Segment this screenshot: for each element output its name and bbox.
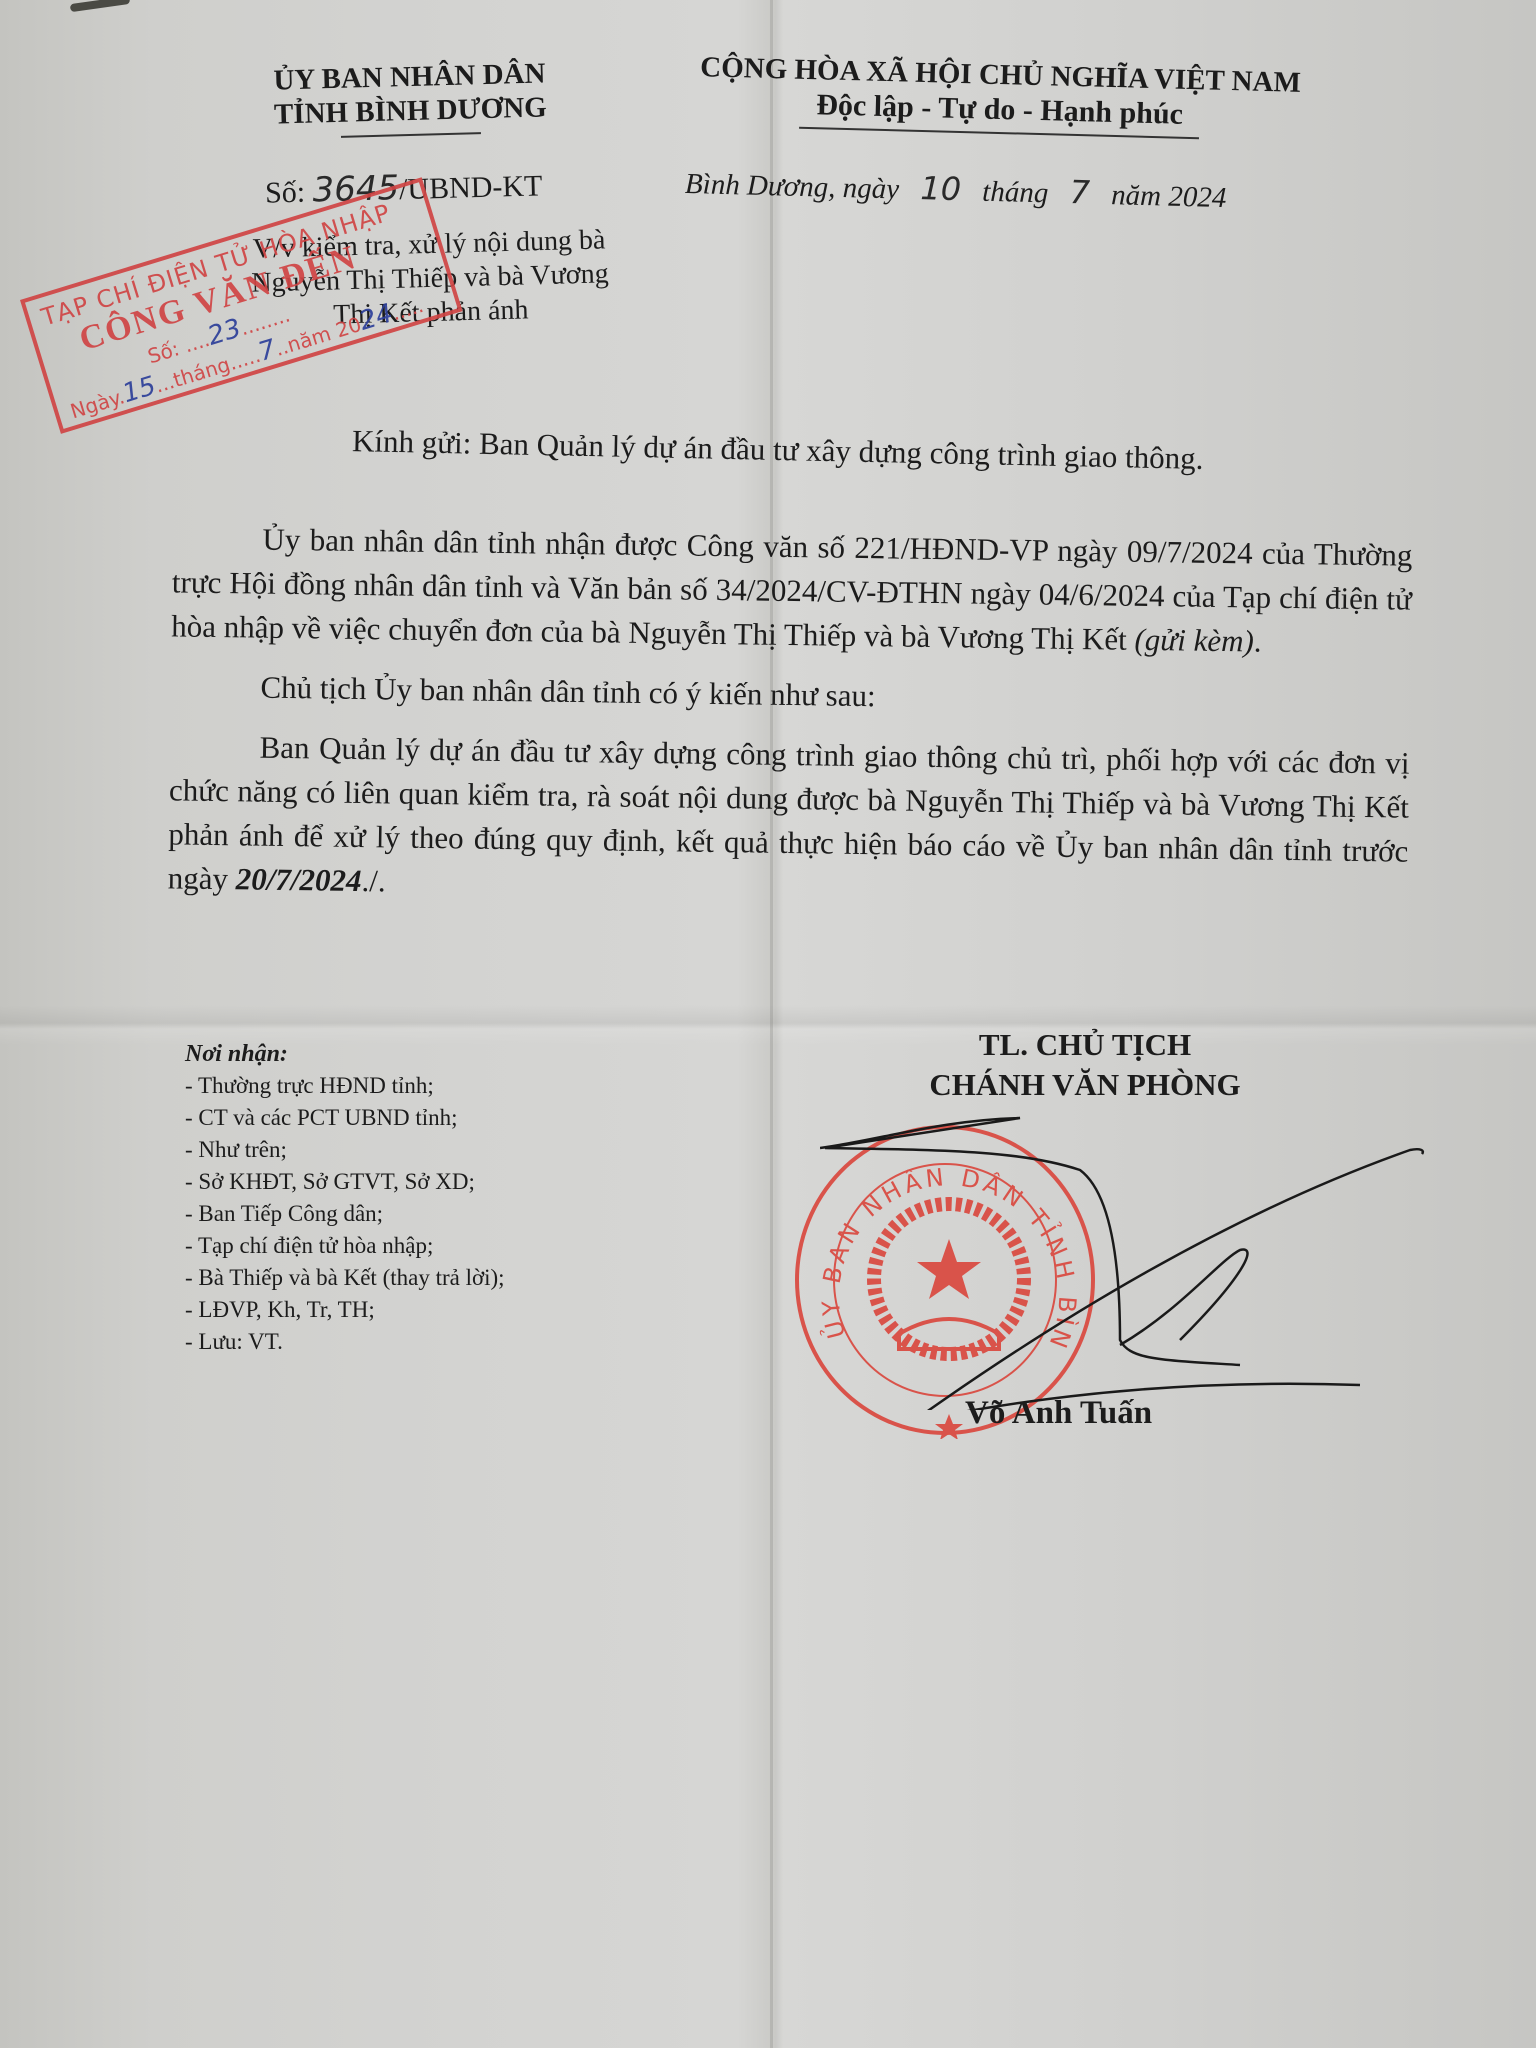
signature-block: TL. CHỦ TỊCH CHÁNH VĂN PHÒNG: [860, 1025, 1310, 1105]
issuing-organization: ỦY BAN NHÂN DÂN TỈNH BÌNH DƯƠNG: [214, 55, 606, 141]
month-handwritten: 7: [1069, 173, 1090, 212]
place-date-prefix: Bình Dương, ngày: [685, 168, 900, 206]
handwritten-signature: [820, 1110, 1440, 1410]
cc-item: - Bà Thiếp và bà Kết (thay trả lời);: [185, 1262, 505, 1294]
deadline-date: 20/7/2024: [236, 861, 362, 898]
recipient-line: Kính gửi: Ban Quản lý dự án đầu tư xây d…: [352, 423, 1204, 477]
letter-body: Ủy ban nhân dân tỉnh nhận được Công văn …: [167, 516, 1412, 933]
sign-authority: TL. CHỦ TỊCH: [860, 1025, 1310, 1065]
stamp-ngay-label: Ngày: [67, 386, 121, 423]
day-handwritten: 10: [920, 169, 962, 208]
month-label: tháng: [982, 176, 1049, 210]
cc-item: - Sở KHĐT, Sở GTVT, Sở XD;: [185, 1166, 505, 1198]
para3-end: ./.: [361, 863, 386, 898]
para1-end: .: [1254, 623, 1262, 658]
year-text: năm 2024: [1111, 179, 1227, 214]
body-paragraph-1: Ủy ban nhân dân tỉnh nhận được Công văn …: [171, 516, 1413, 665]
signer-name: Võ Anh Tuấn: [965, 1395, 1152, 1432]
stamp-thang-value: 7: [255, 334, 280, 368]
place-and-date: Bình Dương, ngày 10 tháng 7 năm 2024: [685, 163, 1227, 215]
cc-item: - Thường trực HĐND tỉnh;: [185, 1070, 505, 1102]
org-underline: [341, 132, 481, 138]
national-heading: CỘNG HÒA XÃ HỘI CHỦ NGHĨA VIỆT NAM Độc l…: [649, 49, 1351, 143]
cc-item: - Như trên;: [185, 1134, 505, 1166]
cc-items: - Thường trực HĐND tỉnh; - CT và các PCT…: [185, 1070, 505, 1358]
cc-item: - Lưu: VT.: [185, 1326, 505, 1358]
cc-item: - Tạp chí điện tử hòa nhập;: [185, 1230, 505, 1262]
body-paragraph-2: Chủ tịch Ủy ban nhân dân tỉnh có ý kiến …: [170, 664, 1410, 725]
cc-item: - LĐVP, Kh, Tr, TH;: [185, 1294, 505, 1326]
received-stamp: TẠP CHÍ ĐIỆN TỬ HÒA NHẬP CÔNG VĂN ĐẾN Số…: [20, 177, 463, 434]
sign-title: CHÁNH VĂN PHÒNG: [860, 1065, 1310, 1105]
cc-item: - CT và các PCT UBND tỉnh;: [185, 1102, 505, 1134]
paper-fold-vertical: [770, 0, 773, 2048]
cc-item: - Ban Tiếp Công dân;: [185, 1198, 505, 1230]
ref-prefix: Số:: [265, 176, 306, 210]
body-paragraph-3: Ban Quản lý dự án đầu tư xây dựng công t…: [167, 724, 1409, 917]
pen-mark: [70, 0, 131, 12]
para1-italic: (gửi kèm): [1134, 622, 1254, 659]
stamp-ngay-value: 15: [119, 371, 159, 409]
distribution-list: Nơi nhận: - Thường trực HĐND tỉnh; - CT …: [185, 1038, 505, 1358]
cc-title: Nơi nhận:: [185, 1038, 505, 1070]
